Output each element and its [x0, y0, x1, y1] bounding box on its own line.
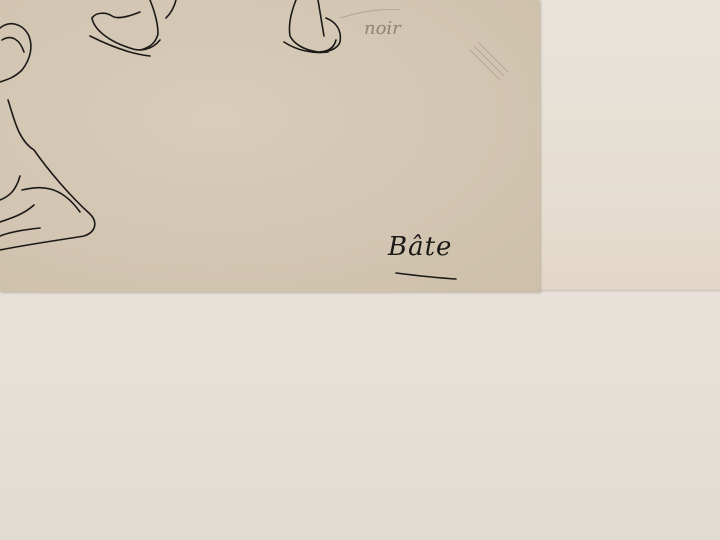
pencil-annotation: noir	[364, 18, 401, 39]
artist-signature: Bâte	[388, 232, 452, 262]
ink-sketch	[0, 0, 540, 292]
drawing-paper: noir Bâte	[0, 0, 540, 292]
mount-board-right	[540, 0, 720, 292]
mount-board-bottom	[0, 292, 720, 540]
